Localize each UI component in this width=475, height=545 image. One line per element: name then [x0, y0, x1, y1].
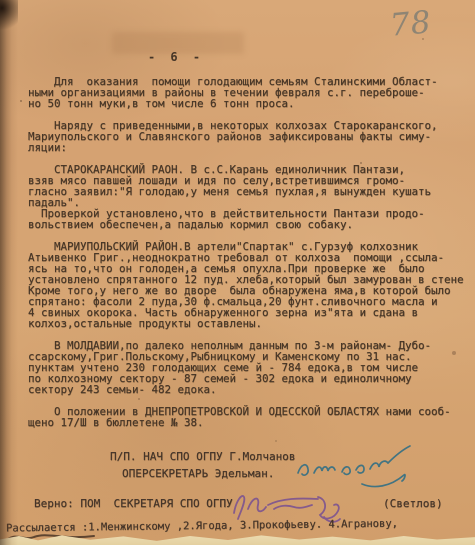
page-number: - 6 - [0, 50, 352, 64]
paragraph-mariupolsky-raion: МАРИУПОЛЬСКИЙ РАЙОН.В артели"Спартак" с.… [28, 241, 468, 329]
opersecretary-line: ОПЕРСЕКРЕТАРЬ Эдельман. [122, 467, 274, 480]
paragraph-aid-shipment: Для оказания помощи голодающим семьям Ст… [28, 76, 468, 109]
text-line: но 50 тонн муки,в том числе 6 тонн проса… [28, 98, 468, 109]
text-line: вольствием обеспечен,а падалью кормил св… [28, 219, 468, 230]
paragraph-moldavia: В МОЛДАВИИ,по далеко неполным данным по … [28, 340, 468, 395]
text-line: щено 17/Ш в бюллетене № 38. [28, 417, 468, 428]
scanned-document-page: 78 - 6 - Для оказания помощи голодающим … [0, 0, 475, 545]
scan-edge-shadow [0, 0, 18, 545]
certified-copy-line: Верно: ПОМ СЕКРЕТАРЯ СПО ОГПУ [34, 497, 233, 510]
text-line: сектору 243 семьи- 482 едока. [28, 384, 468, 395]
distribution-list-line: Рассылается :1.Менжинскому ,2.Ягода, 3.П… [6, 518, 398, 535]
paragraph-simulation-intro: Наряду с приведенными,в некоторых колхоз… [28, 120, 468, 153]
torn-paper-edge [0, 534, 475, 545]
archive-sheet-number: 78 [389, 4, 433, 43]
text-line: колхоз,остальные продукты оставлены. [28, 318, 468, 329]
svetlov-typed-name: (Светлов) [383, 497, 443, 510]
text-line: гласно заявил:"Я голодаю,у меня семья пу… [28, 186, 468, 197]
paragraph-starokaransky-raion: СТАРОКАРАНСКИЙ РАОН. В с.С.Карань единол… [28, 164, 468, 230]
paragraph-bulletin-reference: О положении в ДНЕПРОПЕТРОВСКОЙ И ОДЕССКО… [28, 406, 468, 428]
signed-by-line: П/П. НАЧ СПО ОГПУ Г.Молчанов [110, 450, 295, 463]
document-body: Для оказания помощи голодающим семьям Ст… [28, 76, 468, 439]
text-line: ляции: [28, 142, 468, 153]
molchanov-handwritten-signature [292, 443, 417, 493]
paper-specks [20, 100, 22, 102]
text-line: Мариупольского и Славянского районов заф… [28, 131, 468, 142]
